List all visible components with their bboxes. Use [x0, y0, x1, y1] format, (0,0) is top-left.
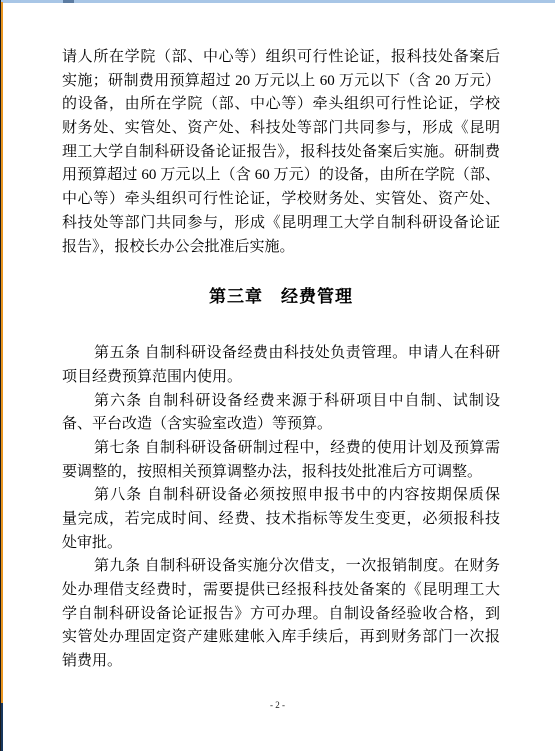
chapter-heading: 第三章 经费管理 — [62, 285, 500, 309]
text-line: 科技处等部门共同参与，形成《昆明理工大学自制科研设备论证 — [62, 212, 500, 236]
text-line: 第六条 自制科研设备经费来源于科研项目中自制、试制设 — [62, 390, 500, 414]
text-line: 学自制科研设备论证报告》方可办理。自制设备经验收合格，到 — [62, 603, 500, 627]
text-line: 第九条 自制科研设备实施分次借支，一次报销制度。在财务 — [62, 555, 500, 579]
text-line: 备、平台改造（含实验室改造）等预算。 — [62, 413, 500, 437]
text-line: 财务处、实管处、资产处、科技处等部门共同参与，形成《昆明 — [62, 117, 500, 141]
text-line: 销费用。 — [62, 650, 500, 674]
text-line: 中心等）牵头组织可行性论证，学校财务处、实管处、资产处、 — [62, 188, 500, 212]
text-line: 报告》，报校长办公会批准后实施。 — [62, 236, 500, 260]
text-line: 处办理借支经费时，需要提供已经报科技处备案的《昆明理工大 — [62, 579, 500, 603]
continued-paragraph: 请人所在学院（部、中心等）组织可行性论证，报科技处备案后实施；研制费用预算超过 … — [62, 46, 500, 259]
left-edge-navy-stripe — [1, 703, 3, 751]
text-line: 项目经费预算范围内使用。 — [62, 366, 500, 390]
text-line: 请人所在学院（部、中心等）组织可行性论证，报科技处备案后 — [62, 46, 500, 70]
text-line: 量完成，若完成时间、经费、技术指标等发生变更，必须报科技 — [62, 508, 500, 532]
document-body: 请人所在学院（部、中心等）组织可行性论证，报科技处备案后实施；研制费用预算超过 … — [62, 46, 500, 674]
document-page-view: 请人所在学院（部、中心等）组织可行性论证，报科技处备案后实施；研制费用预算超过 … — [0, 0, 555, 751]
text-line: 理工大学自制科研设备论证报告》，报科技处备案后实施。研制费 — [62, 141, 500, 165]
text-line: 第五条 自制科研设备经费由科技处负责管理。申请人在科研 — [62, 342, 500, 366]
text-line: 用预算超过 60 万元以上（含 60 万元）的设备，由所在学院（部、 — [62, 164, 500, 188]
text-line: 实施；研制费用预算超过 20 万元以上 60 万元以下（含 20 万元） — [62, 70, 500, 94]
horizontal-scrollbar[interactable] — [0, 0, 555, 3]
text-line: 处审批。 — [62, 532, 500, 556]
horizontal-scrollbar-thumb[interactable] — [63, 0, 74, 3]
text-line: 第八条 自制科研设备必须按照申报书中的内容按期保质保 — [62, 484, 500, 508]
text-line: 的设备，由所在学院（部、中心等）牵头组织可行性论证，学校 — [62, 93, 500, 117]
text-line: 实管处办理固定资产建账建帐入库手续后，再到财务部门一次报 — [62, 626, 500, 650]
page-number: - 2 - — [0, 700, 555, 710]
text-line: 要调整的，按照相关预算调整办法，报科技处批准后方可调整。 — [62, 461, 500, 485]
chapter-body: 第五条 自制科研设备经费由科技处负责管理。申请人在科研项目经费预算范围内使用。第… — [62, 342, 500, 674]
text-line: 第七条 自制科研设备研制过程中，经费的使用计划及预算需 — [62, 437, 500, 461]
left-edge-orange-stripe — [1, 2, 3, 703]
